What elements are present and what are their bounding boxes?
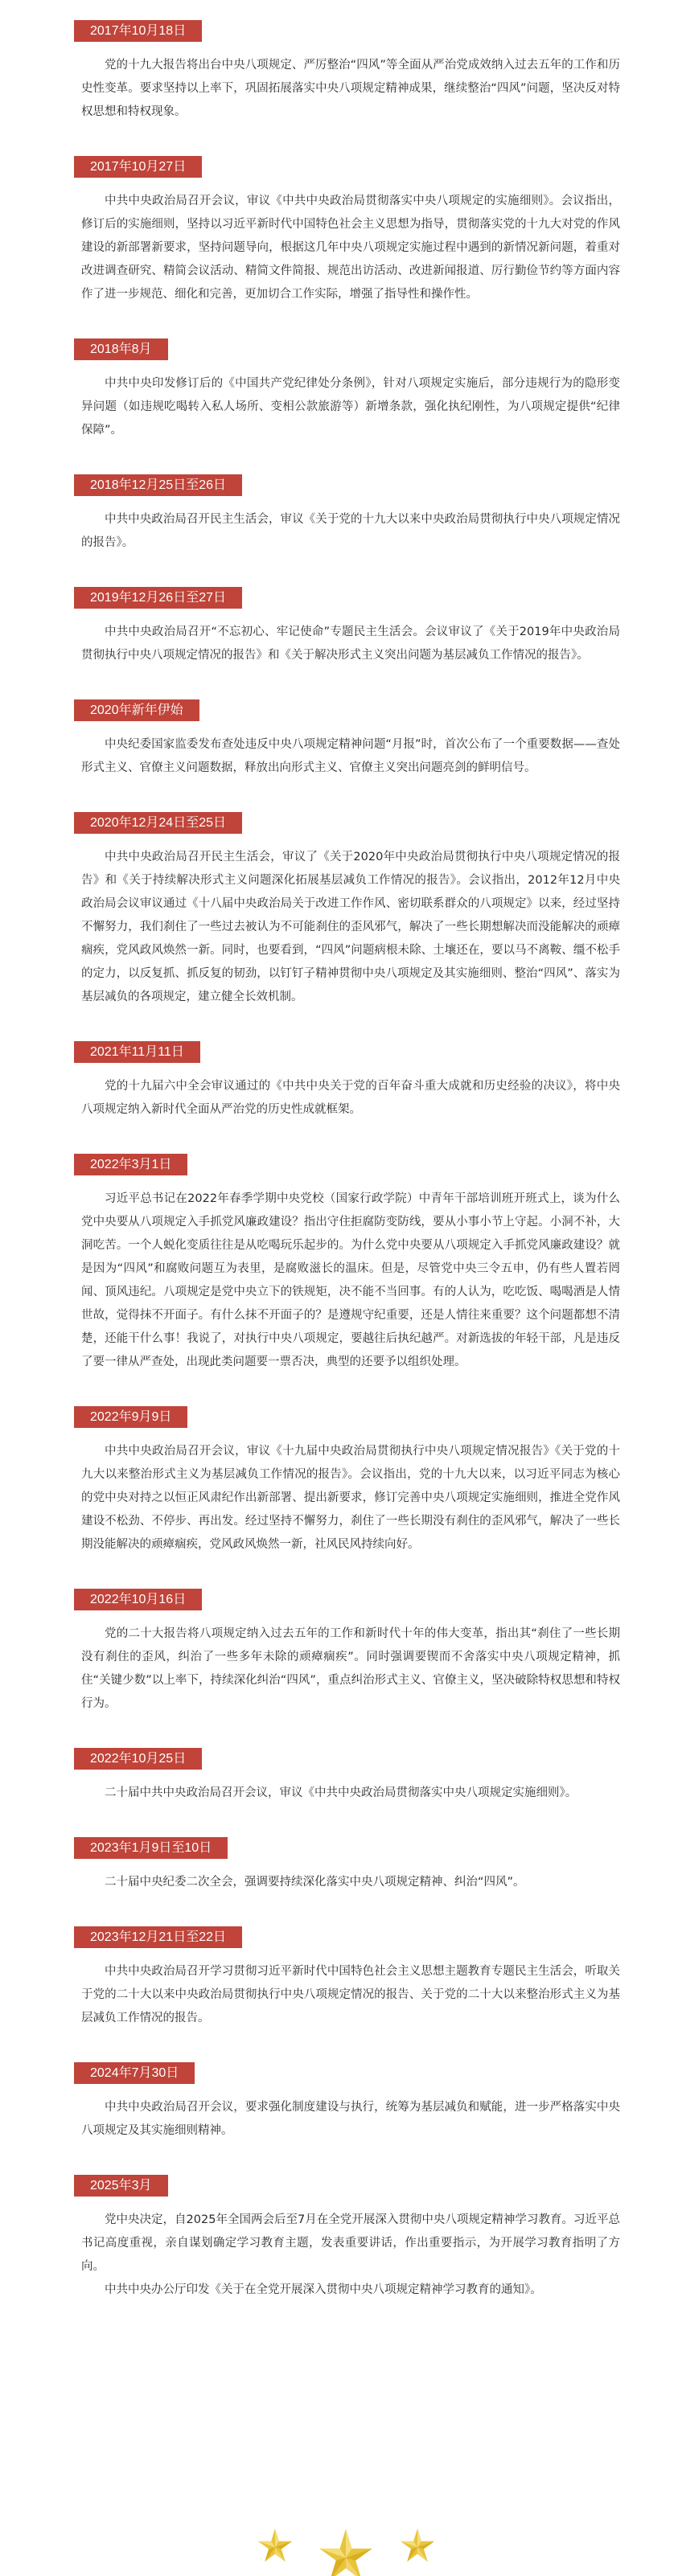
date-label: 2017年10月18日: [74, 20, 202, 42]
timeline: 2017年10月18日 党的十九大报告将出台中央八项规定、严厉整治“四风”等全面…: [0, 20, 678, 2302]
date-label: 2018年12月25日至26日: [74, 474, 242, 496]
timeline-section: 2022年10月25日 二十届中共中央政治局召开会议，审议《中共中央政治局贯彻落…: [0, 1748, 678, 1805]
timeline-section: 2018年8月 中共中央印发修订后的《中国共产党纪律处分条例》，针对八项规定实施…: [0, 338, 678, 442]
section-paragraph: 习近平总书记在2022年春季学期中央党校（国家行政学院）中青年干部培训班开班式上…: [81, 1188, 620, 1374]
date-label: 2021年11月11日: [74, 1041, 200, 1063]
timeline-section: 2017年10月18日 党的十九大报告将出台中央八项规定、严厉整治“四风”等全面…: [0, 20, 678, 124]
date-label: 2020年12月24日至25日: [74, 812, 242, 834]
star-icon: [318, 2528, 373, 2576]
date-label: 2022年9月9日: [74, 1406, 187, 1428]
section-paragraph: 中央纪委国家监委发布查处违反中央八项规定精神问题“月报”时，首次公布了一个重要数…: [81, 733, 620, 780]
section-paragraph: 中共中央政治局召开会议，要求强化制度建设与执行，统筹为基层减负和赋能，进一步严格…: [81, 2096, 620, 2143]
section-paragraph: 中共中央政治局召开学习贯彻习近平新时代中国特色社会主义思想主题教育专题民主生活会…: [81, 1960, 620, 2030]
section-paragraph: 中共中央政治局召开民主生活会，审议《关于党的十九大以来中央政治局贯彻执行中央八项…: [81, 508, 620, 555]
date-label: 2019年12月26日至27日: [74, 587, 242, 609]
section-paragraph: 党的十九大报告将出台中央八项规定、严厉整治“四风”等全面从严治党成效纳入过去五年…: [81, 54, 620, 124]
date-label: 2018年8月: [74, 338, 168, 360]
date-label: 2022年10月16日: [74, 1589, 202, 1610]
date-label: 2022年10月25日: [74, 1748, 202, 1770]
section-paragraph: 中共中央办公厅印发《关于在全党开展深入贯彻中央八项规定精神学习教育的通知》。: [81, 2279, 620, 2302]
date-label: 2023年1月9日至10日: [74, 1837, 228, 1859]
footer-stars: [0, 2525, 678, 2576]
timeline-section: 2020年新年伊始 中央纪委国家监委发布查处违反中央八项规定精神问题“月报”时，…: [0, 699, 678, 780]
timeline-section: 2021年11月11日 党的十九届六中全会审议通过的《中共中央关于党的百年奋斗重…: [0, 1041, 678, 1122]
section-paragraph: 党的二十大报告将八项规定纳入过去五年的工作和新时代十年的伟大变革，指出其“刹住了…: [81, 1622, 620, 1716]
date-label: 2025年3月: [74, 2175, 168, 2197]
star-icon: [400, 2528, 435, 2563]
timeline-section: 2020年12月24日至25日 中共中央政治局召开民主生活会，审议了《关于202…: [0, 812, 678, 1009]
section-paragraph: 党的十九届六中全会审议通过的《中共中央关于党的百年奋斗重大成就和历史经验的决议》…: [81, 1075, 620, 1122]
date-label: 2020年新年伊始: [74, 699, 199, 721]
section-paragraph: 中共中央政治局召开会议，审议《中共中央政治局贯彻落实中央八项规定的实施细则》。会…: [81, 190, 620, 306]
section-paragraph: 中共中央政治局召开民主生活会，审议了《关于2020年中央政治局贯彻执行中央八项规…: [81, 846, 620, 1009]
section-paragraph: 中共中央政治局召开会议，审议《十九届中央政治局贯彻执行中央八项规定情况报告》《关…: [81, 1440, 620, 1557]
timeline-section: 2024年7月30日 中共中央政治局召开会议，要求强化制度建设与执行，统筹为基层…: [0, 2062, 678, 2143]
date-label: 2017年10月27日: [74, 156, 202, 178]
timeline-section: 2022年3月1日 习近平总书记在2022年春季学期中央党校（国家行政学院）中青…: [0, 1154, 678, 1374]
star-icon: [257, 2528, 293, 2563]
timeline-section: 2019年12月26日至27日 中共中央政治局召开“不忘初心、牢记使命”专题民主…: [0, 587, 678, 667]
section-paragraph: 二十届中共中央政治局召开会议，审议《中共中央政治局贯彻落实中央八项规定实施细则》…: [81, 1782, 620, 1805]
timeline-section: 2025年3月 党中央决定，自2025年全国两会后至7月在全党开展深入贯彻中央八…: [0, 2175, 678, 2302]
section-paragraph: 党中央决定，自2025年全国两会后至7月在全党开展深入贯彻中央八项规定精神学习教…: [81, 2209, 620, 2279]
timeline-section: 2022年9月9日 中共中央政治局召开会议，审议《十九届中央政治局贯彻执行中央八…: [0, 1406, 678, 1557]
timeline-section: 2023年1月9日至10日 二十届中央纪委二次全会，强调要持续深化落实中央八项规…: [0, 1837, 678, 1894]
timeline-section: 2023年12月21日至22日 中共中央政治局召开学习贯彻习近平新时代中国特色社…: [0, 1926, 678, 2030]
date-label: 2022年3月1日: [74, 1154, 187, 1175]
timeline-section: 2018年12月25日至26日 中共中央政治局召开民主生活会，审议《关于党的十九…: [0, 474, 678, 555]
date-label: 2023年12月21日至22日: [74, 1926, 242, 1948]
section-paragraph: 二十届中央纪委二次全会，强调要持续深化落实中央八项规定精神、纠治“四风”。: [81, 1871, 620, 1894]
date-label: 2024年7月30日: [74, 2062, 195, 2084]
timeline-section: 2017年10月27日 中共中央政治局召开会议，审议《中共中央政治局贯彻落实中央…: [0, 156, 678, 306]
section-paragraph: 中共中央印发修订后的《中国共产党纪律处分条例》，针对八项规定实施后，部分违规行为…: [81, 372, 620, 442]
section-paragraph: 中共中央政治局召开“不忘初心、牢记使命”专题民主生活会。会议审议了《关于2019…: [81, 621, 620, 667]
timeline-section: 2022年10月16日 党的二十大报告将八项规定纳入过去五年的工作和新时代十年的…: [0, 1589, 678, 1716]
